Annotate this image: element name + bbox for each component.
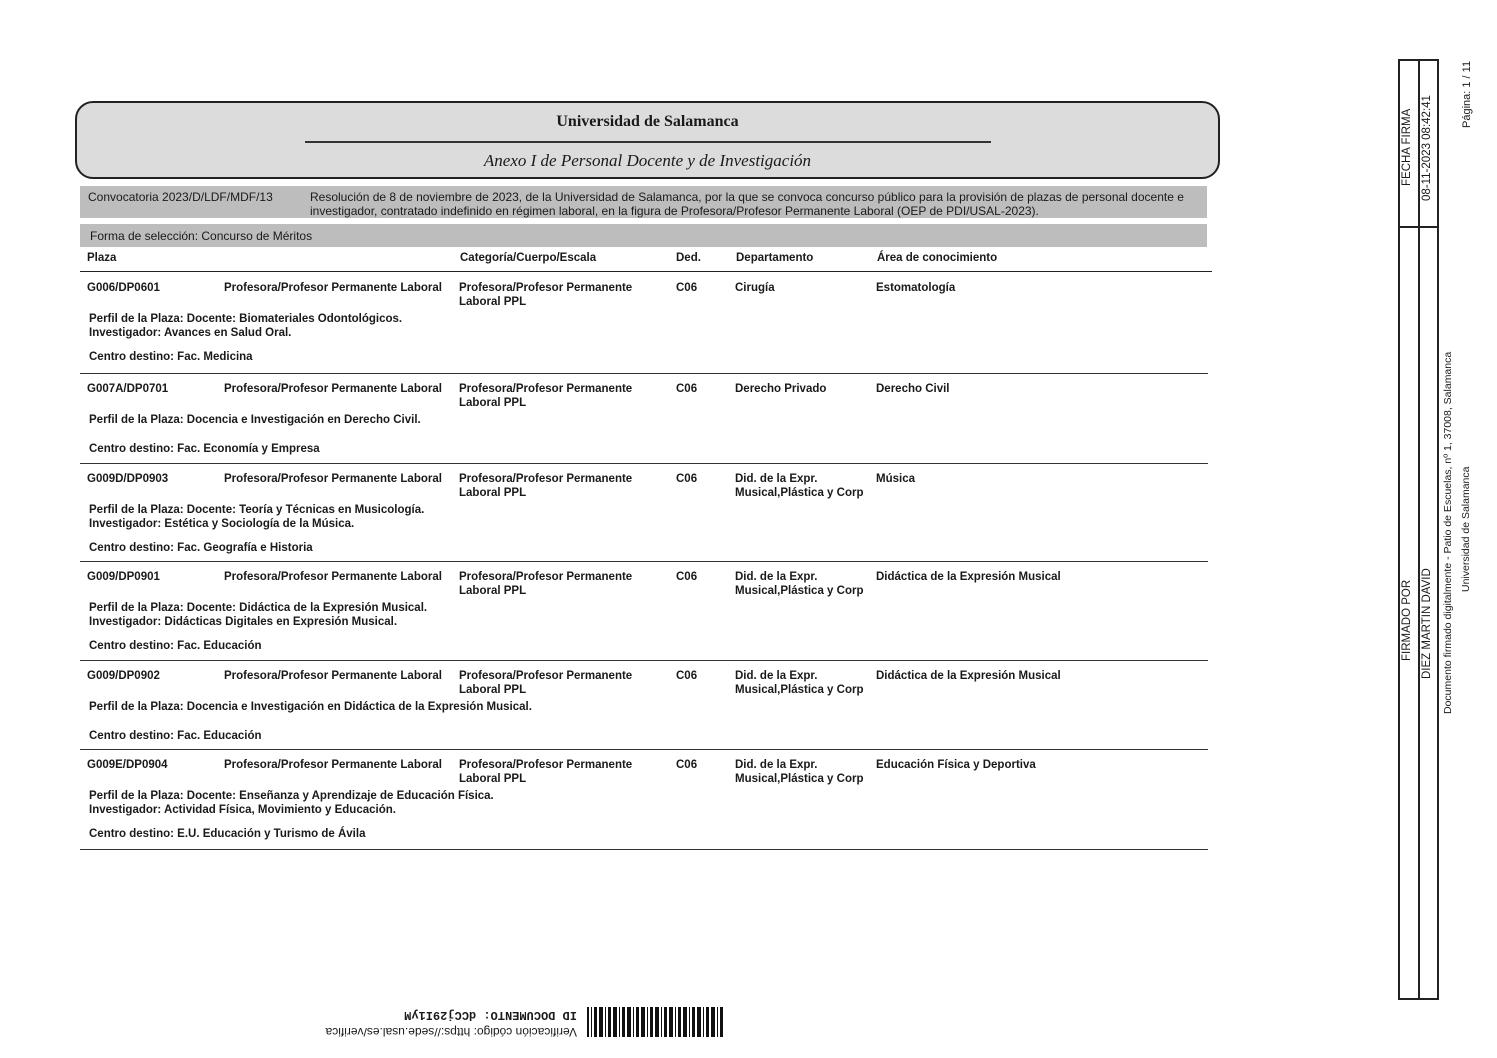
plaza-destination: Centro destino: Fac. Geografía e Histori… — [89, 541, 313, 555]
plaza-category: Profesora/Profesor Permanente Laboral PP… — [459, 570, 669, 598]
plaza-area: Didáctica de la Expresión Musical — [876, 669, 1061, 683]
header-departamento: Departamento — [736, 252, 813, 264]
header-plaza: Plaza — [87, 252, 116, 264]
plaza-profile: Perfil de la Plaza: Docente: Didáctica d… — [89, 601, 427, 629]
plaza-area: Educación Física y Deportiva — [876, 758, 1036, 772]
plaza-profile-line: Perfil de la Plaza: Docente: Biomaterial… — [89, 312, 402, 326]
convocatoria-resolution: Resolución de 8 de noviembre de 2023, de… — [310, 190, 1200, 218]
annex-title: Anexo I de Personal Docente y de Investi… — [77, 151, 1218, 171]
plaza-category: Profesora/Profesor Permanente Laboral PP… — [459, 382, 669, 410]
header-divider — [305, 141, 991, 143]
plaza-area: Estomatología — [876, 281, 955, 295]
header-area: Área de conocimiento — [877, 252, 997, 264]
firmado-por-label: FIRMADO POR — [1401, 580, 1413, 661]
signature-divider — [1418, 61, 1420, 998]
plaza-area: Música — [876, 472, 915, 486]
table-row: G009D/DP0903Profesora/Profesor Permanent… — [80, 463, 1208, 562]
plaza-profile-line: Perfil de la Plaza: Docente: Enseñanza y… — [89, 789, 494, 803]
selection-method-band: Forma de selección: Concurso de Méritos — [80, 224, 1207, 247]
verification-link[interactable]: Verificación código: https://sede.usal.e… — [326, 1025, 577, 1039]
table-row: G006/DP0601Profesora/Profesor Permanente… — [80, 272, 1208, 374]
plaza-profile-line: Perfil de la Plaza: Docente: Teoría y Té… — [89, 503, 424, 517]
plaza-code: G006/DP0601 — [87, 281, 160, 295]
table-row: G009/DP0901Profesora/Profesor Permanente… — [80, 561, 1208, 661]
plaza-code: G007A/DP0701 — [87, 382, 168, 396]
table-row: G009E/DP0904Profesora/Profesor Permanent… — [80, 749, 1208, 850]
firmado-por-value: DIEZ MARTIN DAVID — [1421, 568, 1433, 679]
plaza-profile: Perfil de la Plaza: Docente: Enseñanza y… — [89, 789, 494, 817]
plaza-destination: Centro destino: Fac. Educación — [89, 639, 262, 653]
plaza-department: Did. de la Expr. Musical,Plástica y Corp — [735, 472, 880, 500]
signature-institution: Universidad de Salamanca — [1460, 467, 1472, 593]
fecha-firma-label: FECHA FIRMA — [1401, 109, 1413, 186]
plaza-destination: Centro destino: E.U. Educación y Turismo… — [89, 827, 365, 841]
header-ded: Ded. — [676, 252, 701, 264]
plaza-department: Did. de la Expr. Musical,Plástica y Corp — [735, 758, 880, 786]
plaza-profile-line: Perfil de la Plaza: Docente: Didáctica d… — [89, 601, 427, 615]
plaza-profile: Perfil de la Plaza: Docencia e Investiga… — [89, 413, 421, 427]
plaza-type: Profesora/Profesor Permanente Laboral — [224, 382, 442, 396]
signature-panel: FECHA FIRMA 08-11-2023 08:42:41 FIRMADO … — [1398, 59, 1439, 1000]
plaza-category: Profesora/Profesor Permanente Laboral PP… — [459, 472, 669, 500]
verification-footer: Verificación código: https://sede.usal.e… — [278, 1005, 723, 1039]
plaza-destination: Centro destino: Fac. Economía y Empresa — [89, 442, 320, 456]
plaza-dedication: C06 — [676, 758, 697, 772]
plaza-department: Did. de la Expr. Musical,Plástica y Corp — [735, 570, 880, 598]
plaza-area: Derecho Civil — [876, 382, 950, 396]
plaza-type: Profesora/Profesor Permanente Laboral — [224, 669, 442, 683]
plaza-department: Derecho Privado — [735, 382, 880, 396]
plaza-profile: Perfil de la Plaza: Docente: Teoría y Té… — [89, 503, 424, 531]
convocatoria-code: Convocatoria 2023/D/LDF/MDF/13 — [88, 190, 273, 204]
plaza-type: Profesora/Profesor Permanente Laboral — [224, 281, 442, 295]
selection-method: Forma de selección: Concurso de Méritos — [90, 229, 312, 243]
page-number: Página: 1 / 11 — [1461, 61, 1473, 128]
plaza-profile-line: Perfil de la Plaza: Docencia e Investiga… — [89, 700, 532, 714]
plaza-department: Cirugía — [735, 281, 880, 295]
plaza-code: G009E/DP0904 — [87, 758, 168, 772]
signature-note: Documento firmado digitalmente - Patio d… — [1442, 352, 1454, 714]
table-row: G009/DP0902Profesora/Profesor Permanente… — [80, 660, 1208, 750]
plaza-type: Profesora/Profesor Permanente Laboral — [224, 570, 442, 584]
plaza-destination: Centro destino: Fac. Educación — [89, 729, 262, 743]
plaza-profile-line: Perfil de la Plaza: Docencia e Investiga… — [89, 413, 421, 427]
plaza-category: Profesora/Profesor Permanente Laboral PP… — [459, 758, 669, 786]
plaza-dedication: C06 — [676, 281, 697, 295]
plaza-code: G009/DP0902 — [87, 669, 160, 683]
plaza-destination: Centro destino: Fac. Medicina — [89, 350, 253, 364]
plaza-profile: Perfil de la Plaza: Docente: Biomaterial… — [89, 312, 402, 340]
plaza-code: G009/DP0901 — [87, 570, 160, 584]
fecha-firma-value: 08-11-2023 08:42:41 — [1421, 95, 1433, 201]
plaza-department: Did. de la Expr. Musical,Plástica y Corp — [735, 669, 880, 697]
header-categoria: Categoría/Cuerpo/Escala — [460, 252, 596, 264]
plaza-dedication: C06 — [676, 382, 697, 396]
plaza-category: Profesora/Profesor Permanente Laboral PP… — [459, 669, 669, 697]
plaza-type: Profesora/Profesor Permanente Laboral — [224, 758, 442, 772]
convocatoria-band: Convocatoria 2023/D/LDF/MDF/13 Resolució… — [80, 186, 1207, 218]
plaza-profile-line: Investigador: Estética y Sociología de l… — [89, 517, 424, 531]
plaza-profile-line: Investigador: Actividad Física, Movimien… — [89, 803, 494, 817]
signature-divider — [1400, 226, 1437, 228]
document-id: ID DOCUMENTO: dCCj29I1yM — [404, 1008, 577, 1022]
plaza-category: Profesora/Profesor Permanente Laboral PP… — [459, 281, 669, 309]
plaza-type: Profesora/Profesor Permanente Laboral — [224, 472, 442, 486]
document-header: Universidad de Salamanca Anexo I de Pers… — [75, 101, 1220, 179]
plaza-profile: Perfil de la Plaza: Docencia e Investiga… — [89, 700, 532, 714]
plaza-code: G009D/DP0903 — [87, 472, 168, 486]
plaza-dedication: C06 — [676, 669, 697, 683]
plaza-dedication: C06 — [676, 472, 697, 486]
plaza-profile-line: Investigador: Avances en Salud Oral. — [89, 326, 402, 340]
university-title: Universidad de Salamanca — [77, 113, 1218, 131]
plaza-dedication: C06 — [676, 570, 697, 584]
plaza-profile-line: Investigador: Didácticas Digitales en Ex… — [89, 615, 427, 629]
plaza-area: Didáctica de la Expresión Musical — [876, 570, 1061, 584]
barcode — [587, 1007, 723, 1037]
table-header: Plaza Categoría/Cuerpo/Escala Ded. Depar… — [80, 250, 1212, 272]
table-row: G007A/DP0701Profesora/Profesor Permanent… — [80, 373, 1208, 464]
